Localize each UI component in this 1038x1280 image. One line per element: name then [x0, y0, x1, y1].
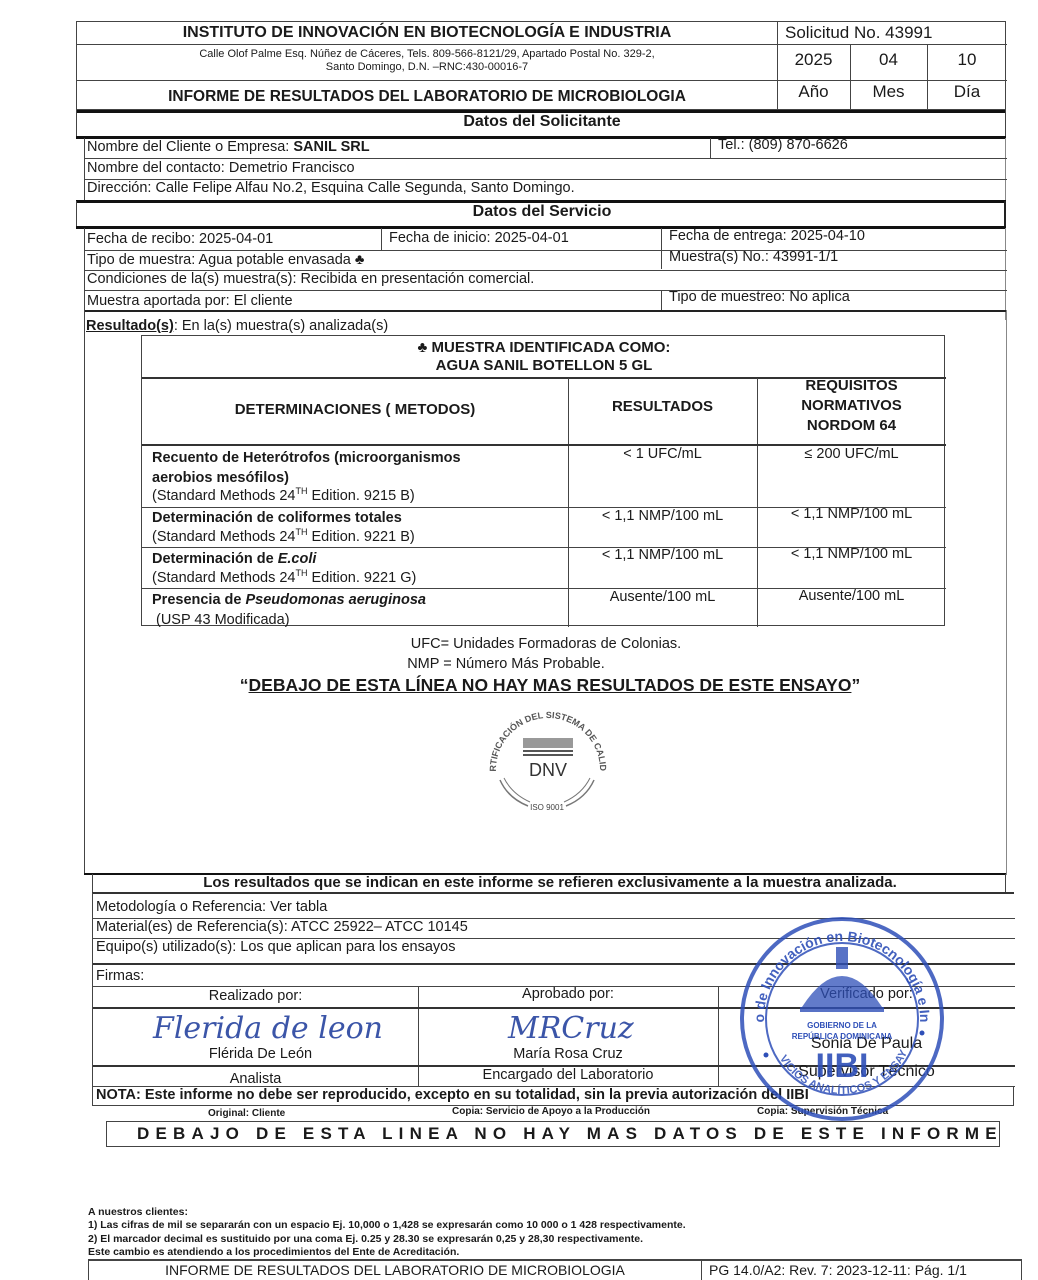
signer-name-analista: Flérida De León	[93, 1046, 428, 1062]
condiciones-muestra: Condiciones de la(s) muestra(s): Recibid…	[87, 271, 534, 287]
divider	[85, 290, 1007, 291]
row1-method: (Standard Methods 24TH Edition. 9215 B)	[152, 488, 415, 504]
quote: ”	[851, 675, 860, 695]
method-sup: TH	[295, 486, 307, 496]
method-text: (Standard Methods 24	[152, 570, 295, 586]
row1-result: < 1 UFC/mL	[568, 446, 757, 462]
svg-text:REPÚBLICA DOMINICANA: REPÚBLICA DOMINICANA	[792, 1032, 893, 1041]
organism-name: E.coli	[278, 551, 317, 567]
institute-address-line2: Santo Domingo, D.N. –RNC:430-00016-7	[77, 61, 777, 74]
row4-method: (USP 43 Modificada)	[156, 612, 290, 628]
copy-produccion: Copia: Servicio de Apoyo a la Producción	[452, 1106, 650, 1117]
signature-heading-realizado: Realizado por:	[93, 988, 418, 1004]
metodologia: Metodología o Referencia: Ver tabla	[96, 899, 327, 915]
notes-heading: A nuestros clientes:	[88, 1206, 188, 1218]
date-year: 2025	[777, 50, 850, 70]
client-phone: Tel.: (809) 870-6626	[718, 137, 848, 153]
date-day: 10	[927, 50, 1007, 70]
client-address: Dirección: Calle Felipe Alfau No.2, Esqu…	[87, 180, 575, 196]
section-solicitante-header: Datos del Solicitante	[76, 110, 1006, 138]
servicio-rows: Fecha de recibo: 2025-04-01 Fecha de ini…	[84, 228, 1006, 320]
row1-determination: Recuento de Heterótrofos (microorganismo…	[152, 448, 461, 488]
divider	[661, 228, 662, 269]
name-text: Presencia de	[152, 592, 246, 608]
resultados-label-row: Resultado(s): En la(s) muestra(s) analiz…	[86, 318, 388, 334]
row1-requirement: ≤ 200 UFC/mL	[757, 446, 946, 462]
end-of-report-box: DEBAJO DE ESTA LINEA NO HAY MAS DATOS DE…	[106, 1121, 1000, 1147]
legend-ufc: UFC= Unidades Formadoras de Colonias.	[0, 636, 1038, 652]
divider	[661, 290, 662, 310]
svg-text:DNV: DNV	[529, 760, 567, 780]
col-header-requisitos-3: NORDOM 64	[757, 416, 946, 435]
note-thousands-separator: 1) Las cifras de mil se separarán con un…	[88, 1219, 686, 1231]
name-text: Determinación de	[152, 551, 278, 567]
results-table: ♣ MUESTRA IDENTIFICADA COMO: AGUA SANIL …	[141, 335, 945, 626]
row3-requirement: < 1,1 NMP/100 mL	[757, 546, 946, 562]
col-header-requisitos-2: NORMATIVOS	[757, 396, 946, 415]
section-title: Datos del Servicio	[77, 203, 1007, 221]
signature-heading-aprobado: Aprobado por:	[418, 986, 718, 1002]
divider	[701, 1261, 702, 1280]
solicitud-number: Solicitud No. 43991	[785, 23, 932, 43]
row2-requirement: < 1,1 NMP/100 mL	[757, 506, 946, 522]
note-accreditation: Este cambio es atendiendo a los procedim…	[88, 1246, 459, 1258]
row3-result: < 1,1 NMP/100 mL	[568, 547, 757, 563]
divider	[77, 44, 1007, 45]
row3-determination: Determinación de E.coli	[152, 551, 316, 567]
page-frame-right	[1006, 310, 1007, 875]
row2-result: < 1,1 NMP/100 mL	[568, 508, 757, 524]
fecha-entrega: Fecha de entrega: 2025-04-10	[669, 228, 865, 244]
muestra-numero: Muestra(s) No.: 43991-1/1	[669, 249, 838, 265]
col-header-determinaciones: DETERMINACIONES ( METODOS)	[142, 401, 568, 418]
method-sup: TH	[295, 527, 307, 537]
organism-name: Pseudomonas aeruginosa	[246, 592, 427, 608]
method-text: (Standard Methods 24	[152, 529, 295, 545]
legend-nmp: NMP = Número Más Probable.	[0, 656, 1012, 672]
dnv-seal-icon: CERTIFICACIÓN DEL SISTEMA DE CALIDAD DNV…	[478, 700, 616, 818]
signer-role-analista: Analista	[93, 1071, 418, 1087]
client-name: Nombre del Cliente o Empresa: SANIL SRL	[87, 139, 370, 155]
divider	[85, 310, 1007, 312]
row4-requirement: Ausente/100 mL	[757, 588, 946, 604]
section-title: Datos del Solicitante	[77, 113, 1007, 131]
signature-scribble-encargado: MRCruz	[508, 1011, 634, 1046]
row1-name-line1: Recuento de Heterótrofos (microorganismo…	[152, 448, 461, 468]
contact-name: Nombre del contacto: Demetrio Francisco	[87, 160, 355, 176]
end-of-report-text: DEBAJO DE ESTA LINEA NO HAY MAS DATOS DE…	[137, 1124, 1003, 1144]
fecha-inicio: Fecha de inicio: 2025-04-01	[389, 230, 569, 246]
client-label: Nombre del Cliente o Empresa:	[87, 139, 293, 155]
divider	[77, 80, 1007, 81]
divider	[381, 228, 382, 250]
signer-name-encargado: María Rosa Cruz	[418, 1046, 718, 1062]
report-title: INFORME DE RESULTADOS DEL LABORATORIO DE…	[77, 88, 777, 106]
copy-original: Original: Cliente	[208, 1108, 285, 1119]
page-footer: INFORME DE RESULTADOS DEL LABORATORIO DE…	[88, 1259, 1022, 1280]
divider	[710, 138, 711, 158]
date-year-label: Año	[777, 82, 850, 102]
method-sup: TH	[295, 568, 307, 578]
page-footer-code: PG 14.0/A2: Rev. 7: 2023-12-11: Pág. 1/1	[709, 1262, 967, 1278]
signer-role-encargado: Encargado del Laboratorio	[418, 1067, 718, 1083]
muestra-aportada-por: Muestra aportada por: El cliente	[87, 293, 293, 309]
date-day-label: Día	[927, 82, 1007, 102]
section-servicio-header: Datos del Servicio	[76, 201, 1006, 227]
divider	[85, 250, 1007, 251]
fecha-recibo: Fecha de recibo: 2025-04-01	[87, 231, 273, 247]
disclaimer-box: Los resultados que se indican en este in…	[92, 874, 1006, 893]
method-text: Edition. 9221 G)	[307, 570, 416, 586]
date-month-label: Mes	[850, 82, 927, 102]
report-header: INSTITUTO DE INNOVACIÓN EN BIOTECNOLOGÍA…	[76, 21, 1006, 110]
svg-text:GOBIERNO DE LA: GOBIERNO DE LA	[807, 1021, 877, 1030]
svg-text:IIBI: IIBI	[816, 1047, 869, 1085]
method-text: Edition. 9215 B)	[307, 488, 414, 504]
col-header-requisitos-1: REQUISITOS	[757, 376, 946, 395]
row2-method: (Standard Methods 24TH Edition. 9221 B)	[152, 529, 415, 545]
end-of-results-line: “DEBAJO DE ESTA LÍNEA NO HAY MAS RESULTA…	[0, 675, 1038, 696]
end-of-results-text: DEBAJO DE ESTA LÍNEA NO HAY MAS RESULTAD…	[249, 675, 852, 695]
tipo-muestra: Tipo de muestra: Agua potable envasada ♣	[87, 252, 364, 268]
solicitante-rows: Nombre del Cliente o Empresa: SANIL SRL …	[84, 138, 1006, 200]
date-month: 04	[850, 50, 927, 70]
method-text: Edition. 9221 B)	[307, 529, 414, 545]
iibi-stamp-icon: Instituto de Innovación en Biotecnología…	[738, 915, 946, 1123]
client-value: SANIL SRL	[293, 139, 369, 155]
row4-determination: Presencia de Pseudomonas aeruginosa	[152, 592, 426, 608]
signature-scribble-analista: Flerida de leon	[153, 1011, 383, 1046]
quote: “	[240, 675, 249, 695]
disclaimer-text: Los resultados que se indican en este in…	[93, 874, 1007, 891]
firmas-label: Firmas:	[96, 968, 144, 984]
note-decimal-marker: 2) El marcador decimal es sustituido por…	[88, 1233, 643, 1245]
materiales-referencia: Material(es) de Referencia(s): ATCC 2592…	[96, 919, 468, 935]
institute-address-line1: Calle Olof Palme Esq. Núñez de Cáceres, …	[77, 48, 777, 61]
dnv-certification-seal: CERTIFICACIÓN DEL SISTEMA DE CALIDAD DNV…	[478, 700, 616, 818]
sample-id-line1: ♣ MUESTRA IDENTIFICADA COMO:	[142, 339, 946, 356]
page-frame-left	[84, 310, 85, 875]
col-header-resultados: RESULTADOS	[568, 398, 757, 415]
svg-text:ISO 9001: ISO 9001	[530, 803, 564, 812]
method-text: (Standard Methods 24	[152, 488, 295, 504]
resultados-label-suffix: : En la(s) muestra(s) analizada(s)	[174, 318, 388, 334]
row2-determination: Determinación de coliformes totales	[152, 510, 402, 526]
tipo-muestreo: Tipo de muestreo: No aplica	[669, 289, 850, 305]
row1-name-line2: aerobios mesófilos)	[152, 468, 461, 488]
divider	[85, 158, 1007, 159]
row4-result: Ausente/100 mL	[568, 589, 757, 605]
row3-method: (Standard Methods 24TH Edition. 9221 G)	[152, 570, 416, 586]
iibi-official-stamp: Instituto de Innovación en Biotecnología…	[738, 915, 946, 1123]
institute-name: INSTITUTO DE INNOVACIÓN EN BIOTECNOLOGÍA…	[77, 24, 777, 42]
resultados-label: Resultado(s)	[86, 318, 174, 334]
equipos-utilizados: Equipo(s) utilizado(s): Los que aplican …	[96, 939, 455, 955]
sample-id-line2: AGUA SANIL BOTELLON 5 GL	[142, 357, 946, 374]
page-footer-title: INFORME DE RESULTADOS DEL LABORATORIO DE…	[89, 1262, 701, 1278]
